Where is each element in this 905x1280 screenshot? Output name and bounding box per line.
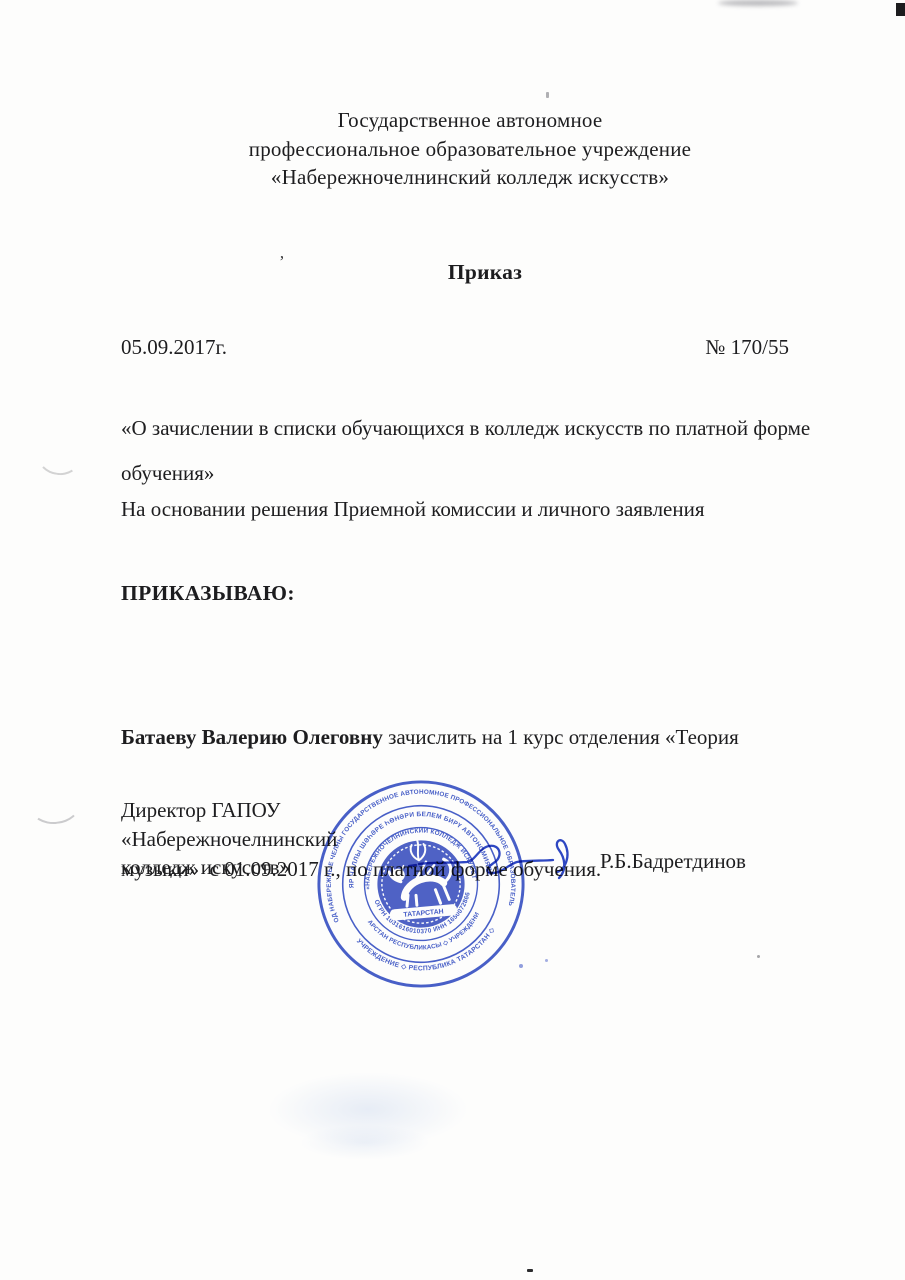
scan-corner-mark (896, 3, 905, 16)
scan-speck-header (546, 92, 549, 98)
signer-name: Р.Б.Бадретдинов (600, 849, 746, 874)
org-name-block: Государственное автономное профессиональ… (70, 106, 870, 192)
scanned-order-document: Государственное автономное профессиональ… (0, 0, 905, 1280)
document-title: Приказ (0, 260, 905, 285)
signer-role-line-2: «Набережночелнинский (121, 825, 337, 854)
stamp-ghost-smudge-2 (300, 1125, 430, 1160)
order-text-rest: зачислить на 1 курс отделения «Теория (383, 725, 739, 749)
scan-speck-bottom (527, 1269, 533, 1272)
scan-smudge-top-edge (718, 0, 798, 6)
signer-role-line-3: колледж искусств» (121, 853, 337, 882)
hole-punch-shadow-top (36, 439, 82, 478)
order-subject-line-2: обучения» (121, 451, 861, 496)
order-date: 05.09.2017г. (121, 335, 227, 360)
scan-speck-right (757, 955, 760, 958)
order-subject: «О зачислении в списки обучающихся в кол… (121, 406, 861, 496)
directive-heading: ПРИКАЗЫВАЮ: (121, 581, 295, 606)
order-paragraph-line-1: Батаеву Валерию Олеговну зачислить на 1 … (121, 715, 881, 759)
order-subject-line-1: «О зачислении в списки обучающихся в кол… (121, 406, 861, 451)
stamp-ink-speck-2 (545, 959, 548, 962)
org-name-line-1: Государственное автономное (70, 106, 870, 135)
org-name-line-3: «Набережночелнинский колледж искусств» (70, 163, 870, 192)
order-basis: На основании решения Приемной комиссии и… (121, 497, 861, 522)
handwritten-signature (405, 826, 600, 896)
student-name: Батаеву Валерию Олеговну (121, 725, 383, 749)
order-number: № 170/55 (705, 335, 789, 360)
date-number-row: 05.09.2017г. № 170/55 (121, 335, 789, 360)
hole-punch-shadow-bottom (28, 785, 81, 826)
org-name-line-2: профессиональное образовательное учрежде… (70, 135, 870, 164)
